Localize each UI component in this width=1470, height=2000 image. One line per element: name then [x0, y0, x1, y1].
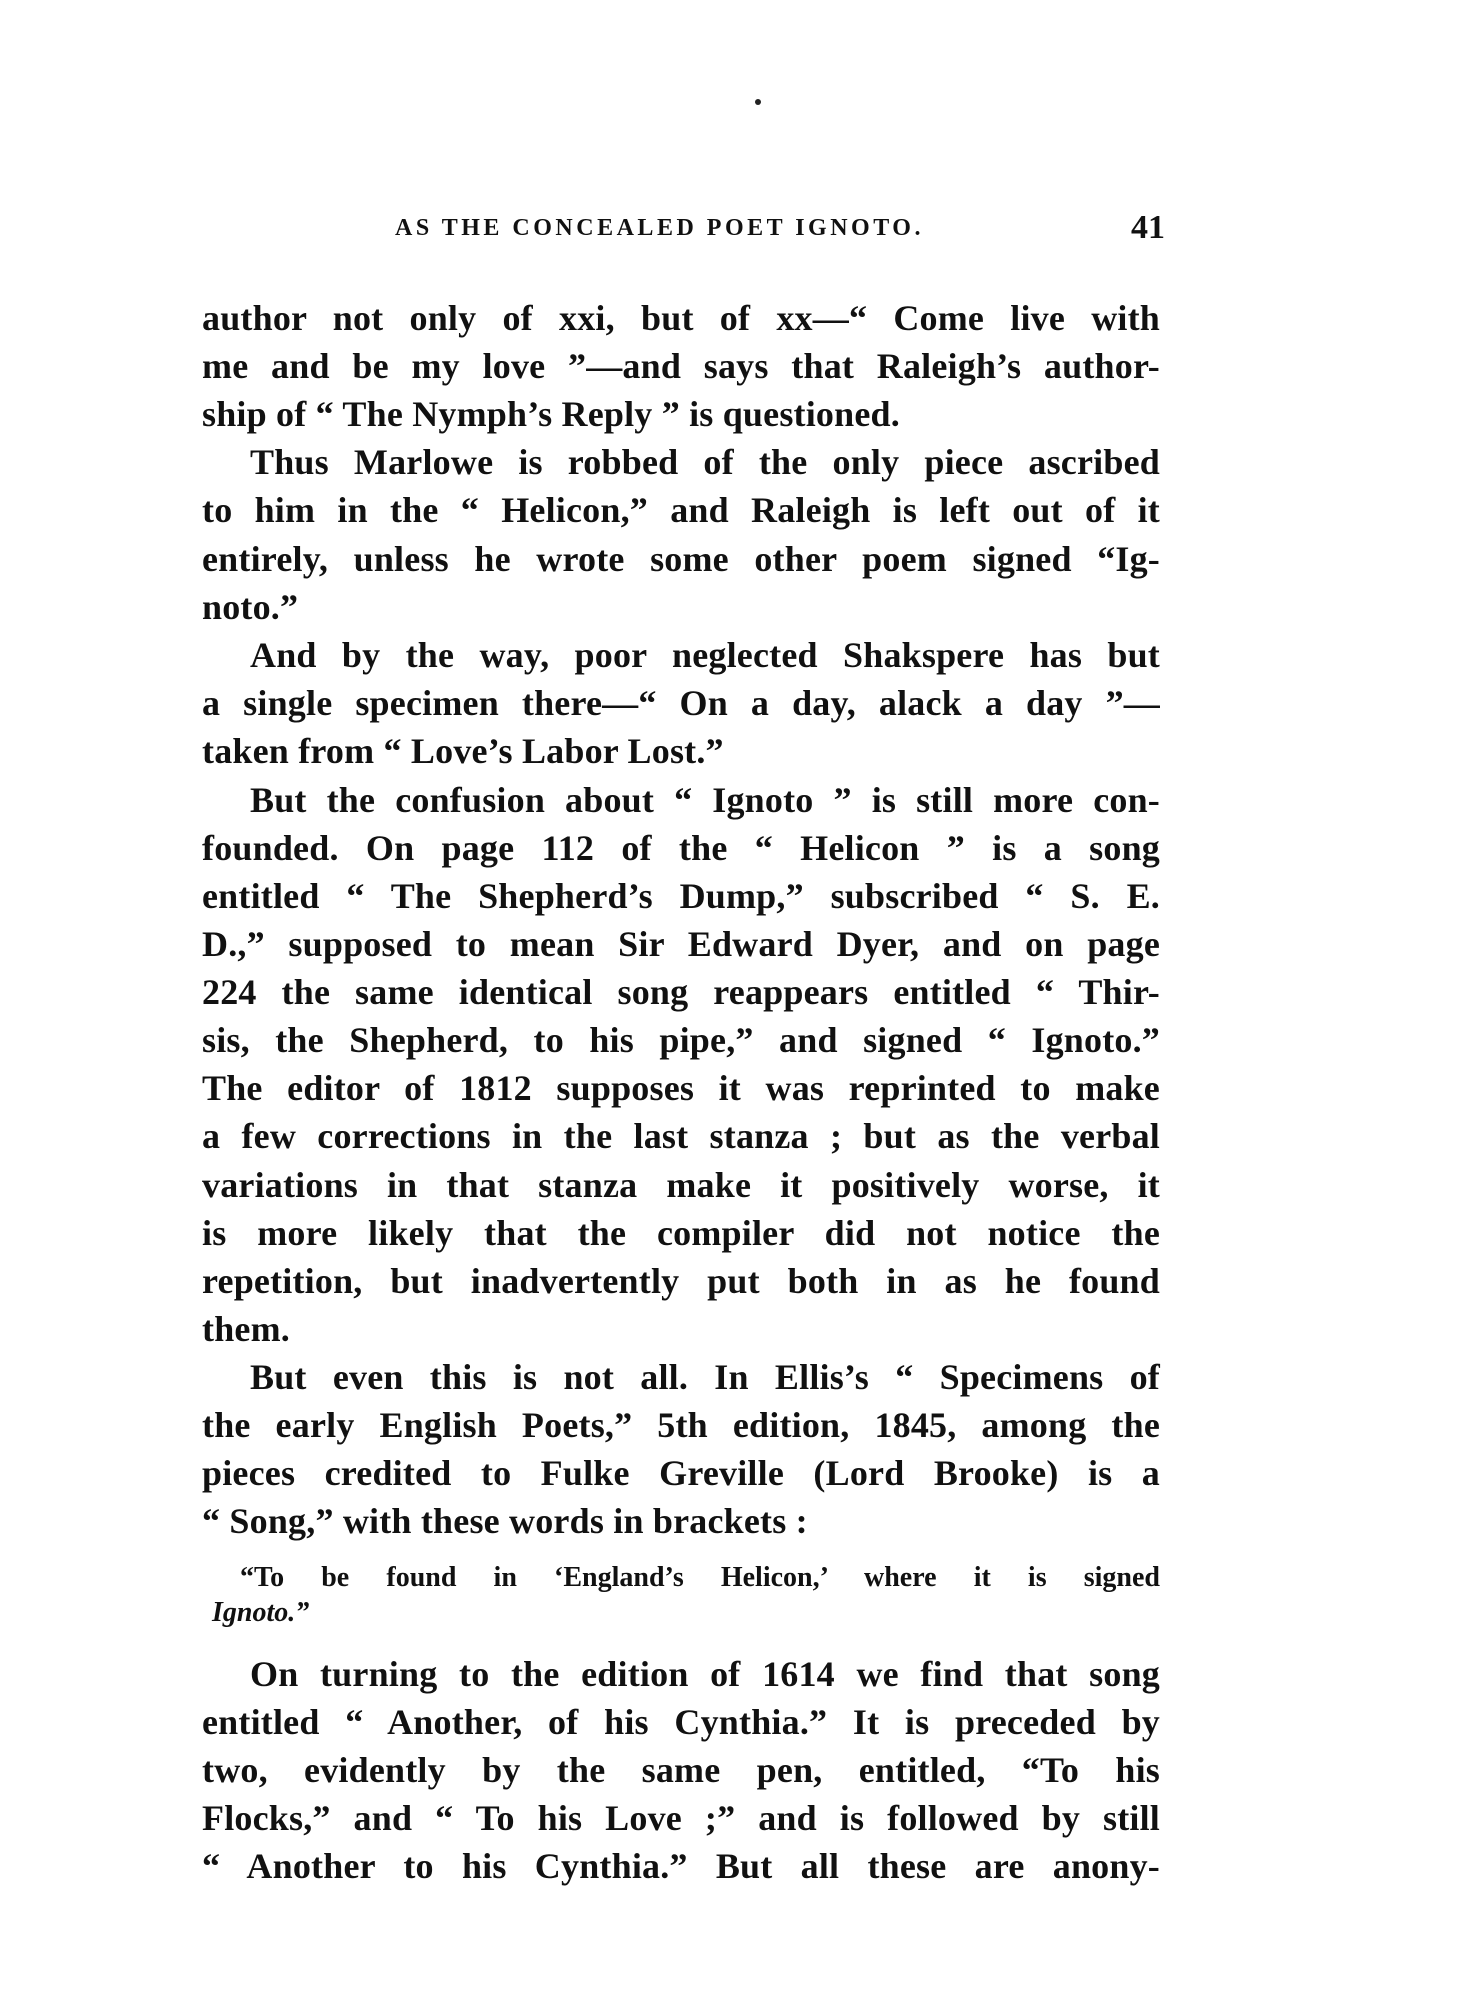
text-line: The editor of 1812 supposes it was repri…: [202, 1068, 1160, 1108]
text-line: author not only of xxi, but of xx—“ Come…: [202, 298, 1160, 338]
block-quote-line: “To be found in ‘England’s Helicon,’ whe…: [240, 1562, 1160, 1594]
text-line: to him in the “ Helicon,” and Raleigh is…: [202, 490, 1160, 530]
text-line: entirely, unless he wrote some other poe…: [202, 539, 1160, 579]
block-quote-line-italic: Ignoto.”: [212, 1597, 612, 1629]
page-header: AS THE CONCEALED POET IGNOTO. 41: [395, 215, 1165, 255]
paragraph-start-line: But the confusion about “ Ignoto ” is st…: [250, 780, 1160, 820]
paragraph-start-line: And by the way, poor neglected Shakspere…: [250, 635, 1160, 675]
text-line: variations in that stanza make it positi…: [202, 1165, 1160, 1205]
text-line: “ Another to his Cynthia.” But all these…: [202, 1846, 1160, 1886]
book-page: AS THE CONCEALED POET IGNOTO. 41 author …: [0, 0, 1470, 2000]
text-line: entitled “ Another, of his Cynthia.” It …: [202, 1702, 1160, 1742]
text-line: “ Song,” with these words in brackets :: [202, 1501, 1160, 1541]
text-line: 224 the same identical song reappears en…: [202, 972, 1160, 1012]
text-line: sis, the Shepherd, to his pipe,” and sig…: [202, 1020, 1160, 1060]
running-head: AS THE CONCEALED POET IGNOTO.: [395, 215, 924, 242]
paragraph-start-line: Thus Marlowe is robbed of the only piece…: [250, 442, 1160, 482]
text-line: entitled “ The Shepherd’s Dump,” subscri…: [202, 876, 1160, 916]
text-line: noto.”: [202, 587, 1160, 627]
text-line: taken from “ Love’s Labor Lost.”: [202, 731, 1160, 771]
text-line: them.: [202, 1309, 1160, 1349]
text-line: a single specimen there—“ On a day, alac…: [202, 683, 1160, 723]
text-line: two, evidently by the same pen, entitled…: [202, 1750, 1160, 1790]
text-line: pieces credited to Fulke Greville (Lord …: [202, 1453, 1160, 1493]
text-line: me and be my love ”—and says that Raleig…: [202, 346, 1160, 386]
page-number: 41: [1131, 209, 1165, 247]
text-line: repetition, but inadvertently put both i…: [202, 1261, 1160, 1301]
print-speck: [755, 99, 761, 105]
text-line: ship of “ The Nymph’s Reply ” is questio…: [202, 394, 1160, 434]
text-line: D.,” supposed to mean Sir Edward Dyer, a…: [202, 924, 1160, 964]
text-line: the early English Poets,” 5th edition, 1…: [202, 1405, 1160, 1445]
paragraph-start-line: On turning to the edition of 1614 we fin…: [250, 1654, 1160, 1694]
paragraph-start-line: But even this is not all. In Ellis’s “ S…: [250, 1357, 1160, 1397]
text-line: founded. On page 112 of the “ Helicon ” …: [202, 828, 1160, 868]
text-line: Flocks,” and “ To his Love ;” and is fol…: [202, 1798, 1160, 1838]
text-line: a few corrections in the last stanza ; b…: [202, 1116, 1160, 1156]
text-line: is more likely that the compiler did not…: [202, 1213, 1160, 1253]
